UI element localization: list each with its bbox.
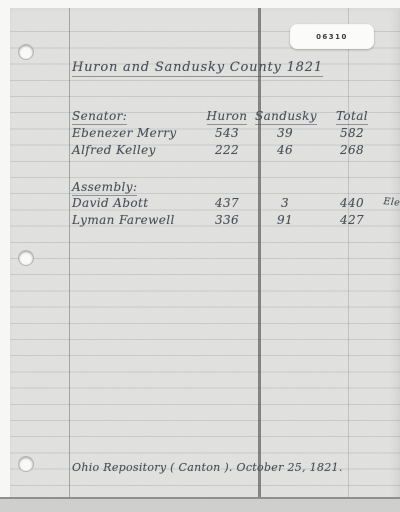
column-divider-line: [258, 8, 261, 504]
table-row: David Abott 437 3 440 Elected: [10, 196, 400, 212]
total-votes: 268: [322, 143, 382, 157]
column-header-huron: Huron: [207, 109, 248, 125]
scanned-ledger-page: 06310 Huron and Sandusky County 1821 Sen…: [0, 0, 400, 512]
table-row: Lyman Farewell 336 91 427: [10, 213, 400, 229]
candidate-name: David Abott: [72, 196, 149, 210]
ruled-paper: 06310 Huron and Sandusky County 1821 Sen…: [10, 8, 400, 504]
punch-hole-top: [19, 45, 33, 59]
table-row: Ebenezer Merry 543 39 582: [10, 126, 400, 142]
punch-hole-bottom: [19, 457, 33, 471]
assembly-heading: Assembly:: [72, 180, 137, 196]
sandusky-votes: 39: [255, 126, 315, 140]
huron-votes: 336: [192, 213, 262, 227]
catalog-label: 06310: [290, 24, 374, 49]
page-title: Huron and Sandusky County 1821: [72, 60, 323, 77]
huron-votes: 543: [192, 126, 262, 140]
total-votes: 427: [322, 213, 382, 227]
source-citation: Ohio Repository ( Canton ). October 25, …: [72, 461, 343, 474]
sandusky-votes: 91: [255, 213, 315, 227]
candidate-name: Lyman Farewell: [72, 213, 175, 227]
huron-votes: 222: [192, 143, 262, 157]
senator-heading: Senator:: [72, 109, 127, 125]
punch-hole-middle: [19, 251, 33, 265]
scan-bottom-edge: [0, 497, 400, 512]
assembly-heading-row: Assembly:: [10, 180, 400, 196]
candidate-name: Ebenezer Merry: [72, 126, 177, 140]
sandusky-votes: 46: [255, 143, 315, 157]
sandusky-votes: 3: [255, 196, 315, 210]
elected-note: Elected: [383, 196, 400, 211]
catalog-number: 06310: [316, 33, 348, 41]
total-votes: 582: [322, 126, 382, 140]
left-margin-line: [69, 8, 70, 504]
candidate-name: Alfred Kelley: [72, 143, 156, 157]
column-header-sandusky: Sandusky: [255, 109, 317, 125]
right-column-line: [348, 8, 349, 504]
table-row: Alfred Kelley 222 46 268: [10, 143, 400, 159]
huron-votes: 437: [192, 196, 262, 210]
total-votes: 440: [322, 196, 382, 210]
column-header-total: Total: [336, 109, 368, 125]
table-header-row: Senator: Huron Sandusky Total: [10, 109, 400, 125]
